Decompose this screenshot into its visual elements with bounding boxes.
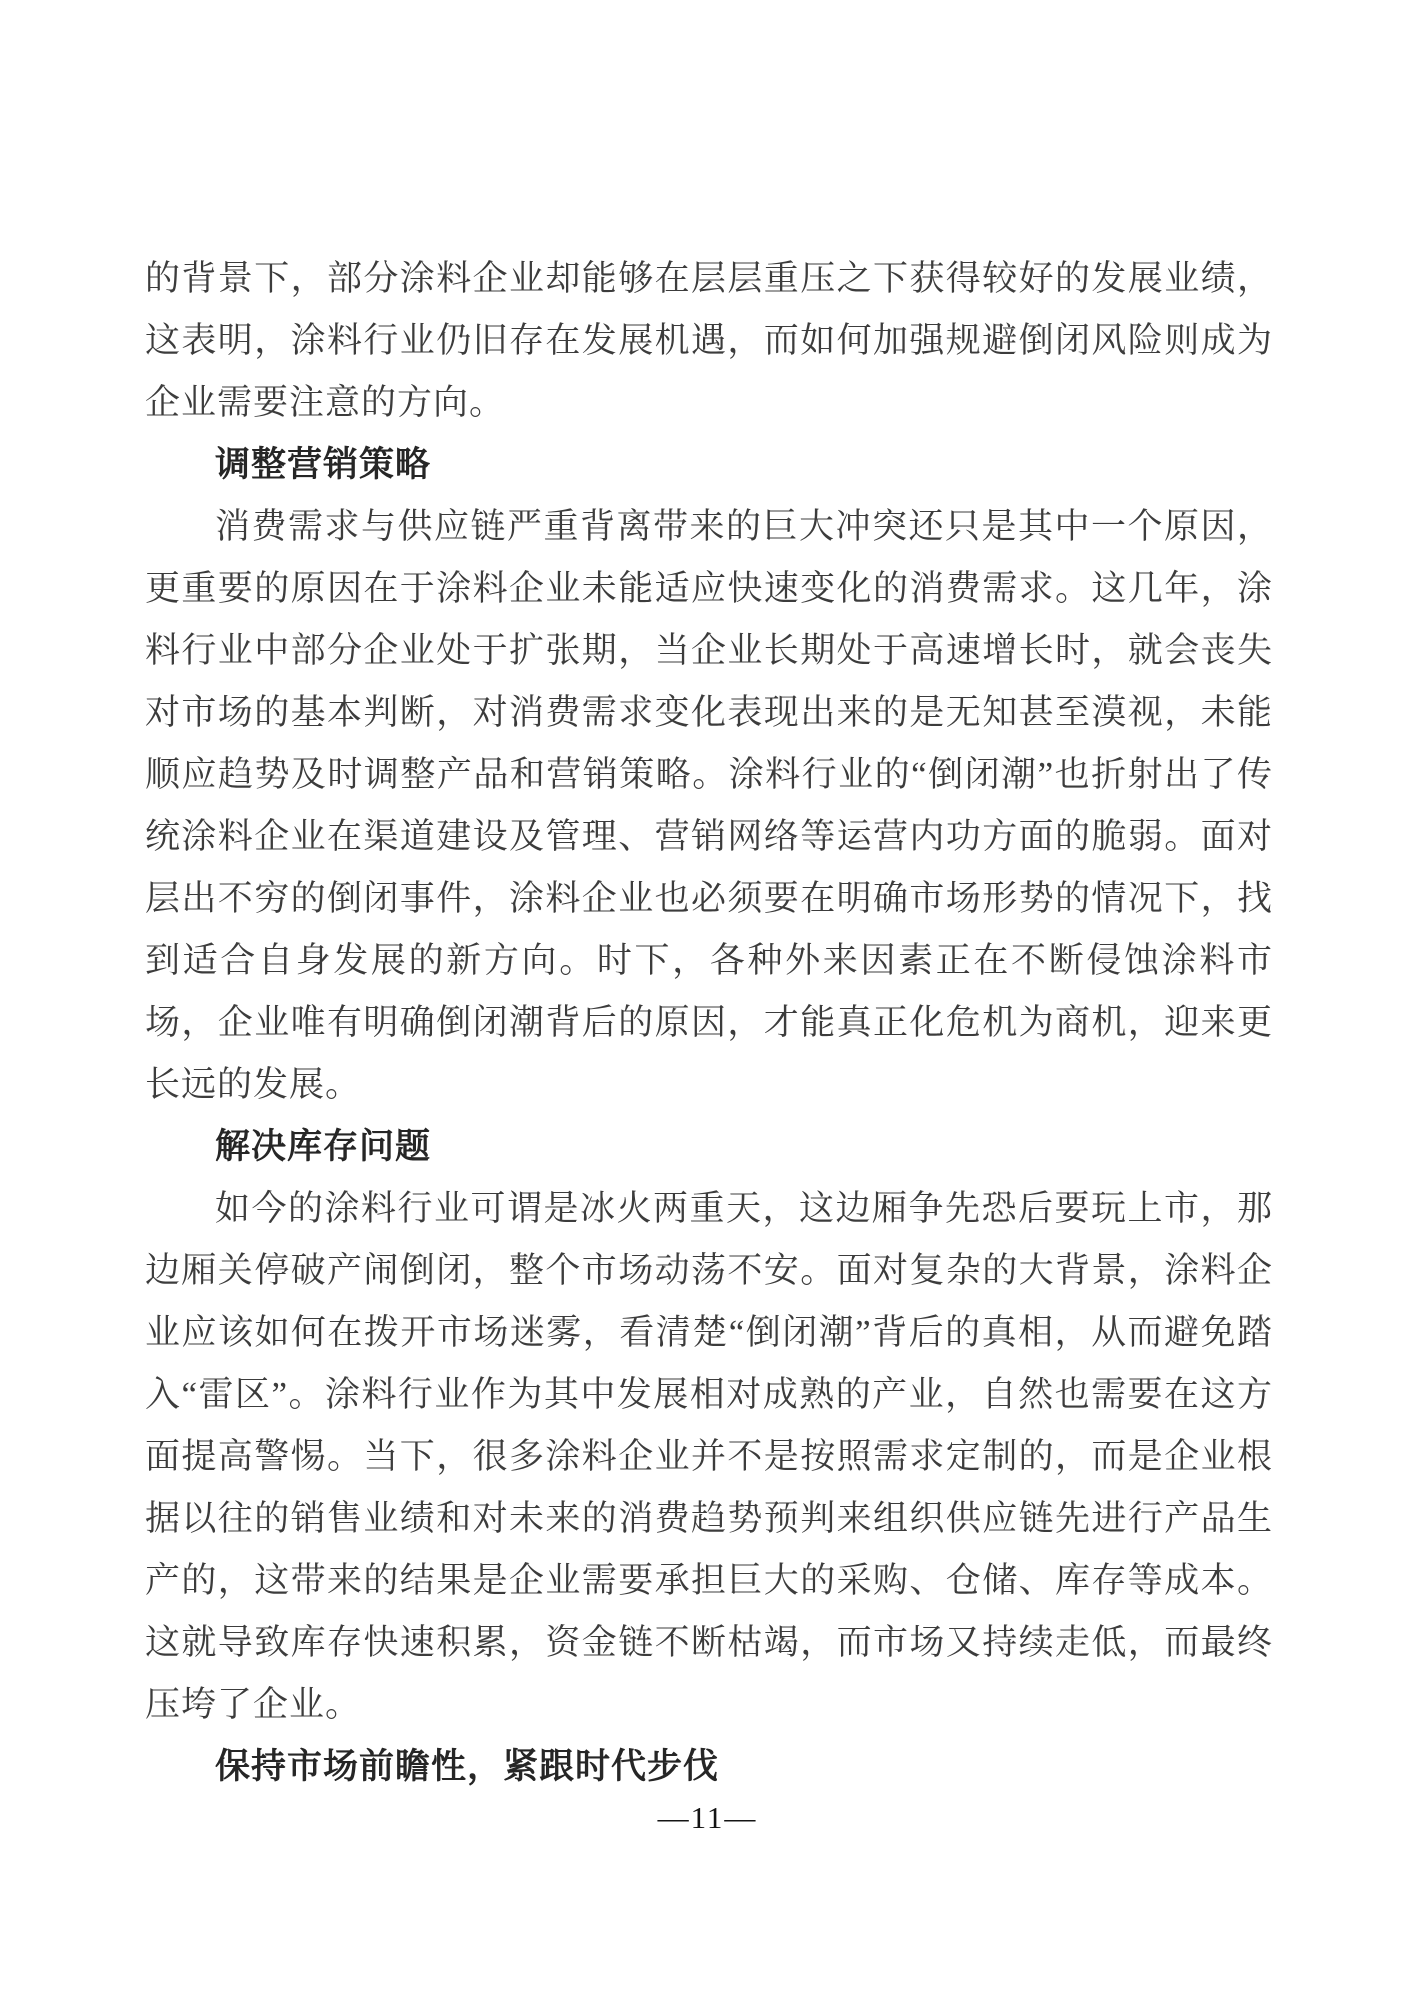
page-number: —11— [0,1796,1415,1840]
paragraph-marketing-strategy: 消费需求与供应链严重背离带来的巨大冲突还只是其中一个原因，更重要的原因在于涂料企… [145,496,1273,1116]
heading-solve-inventory-problem: 解决库存问题 [145,1116,1273,1178]
paragraph-inventory-problem: 如今的涂料行业可谓是冰火两重天，这边厢争先恐后要玩上市，那边厢关停破产闹倒闭，整… [145,1178,1273,1736]
document-page: 的背景下，部分涂料企业却能够在层层重压之下获得较好的发展业绩，这表明，涂料行业仍… [0,0,1415,2000]
heading-adjust-marketing-strategy: 调整营销策略 [145,434,1273,496]
heading-market-foresight: 保持市场前瞻性，紧跟时代步伐 [145,1736,1273,1798]
paragraph-continuation-development-opportunity: 的背景下，部分涂料企业却能够在层层重压之下获得较好的发展业绩，这表明，涂料行业仍… [145,248,1273,434]
document-body: 的背景下，部分涂料企业却能够在层层重压之下获得较好的发展业绩，这表明，涂料行业仍… [145,248,1273,1798]
